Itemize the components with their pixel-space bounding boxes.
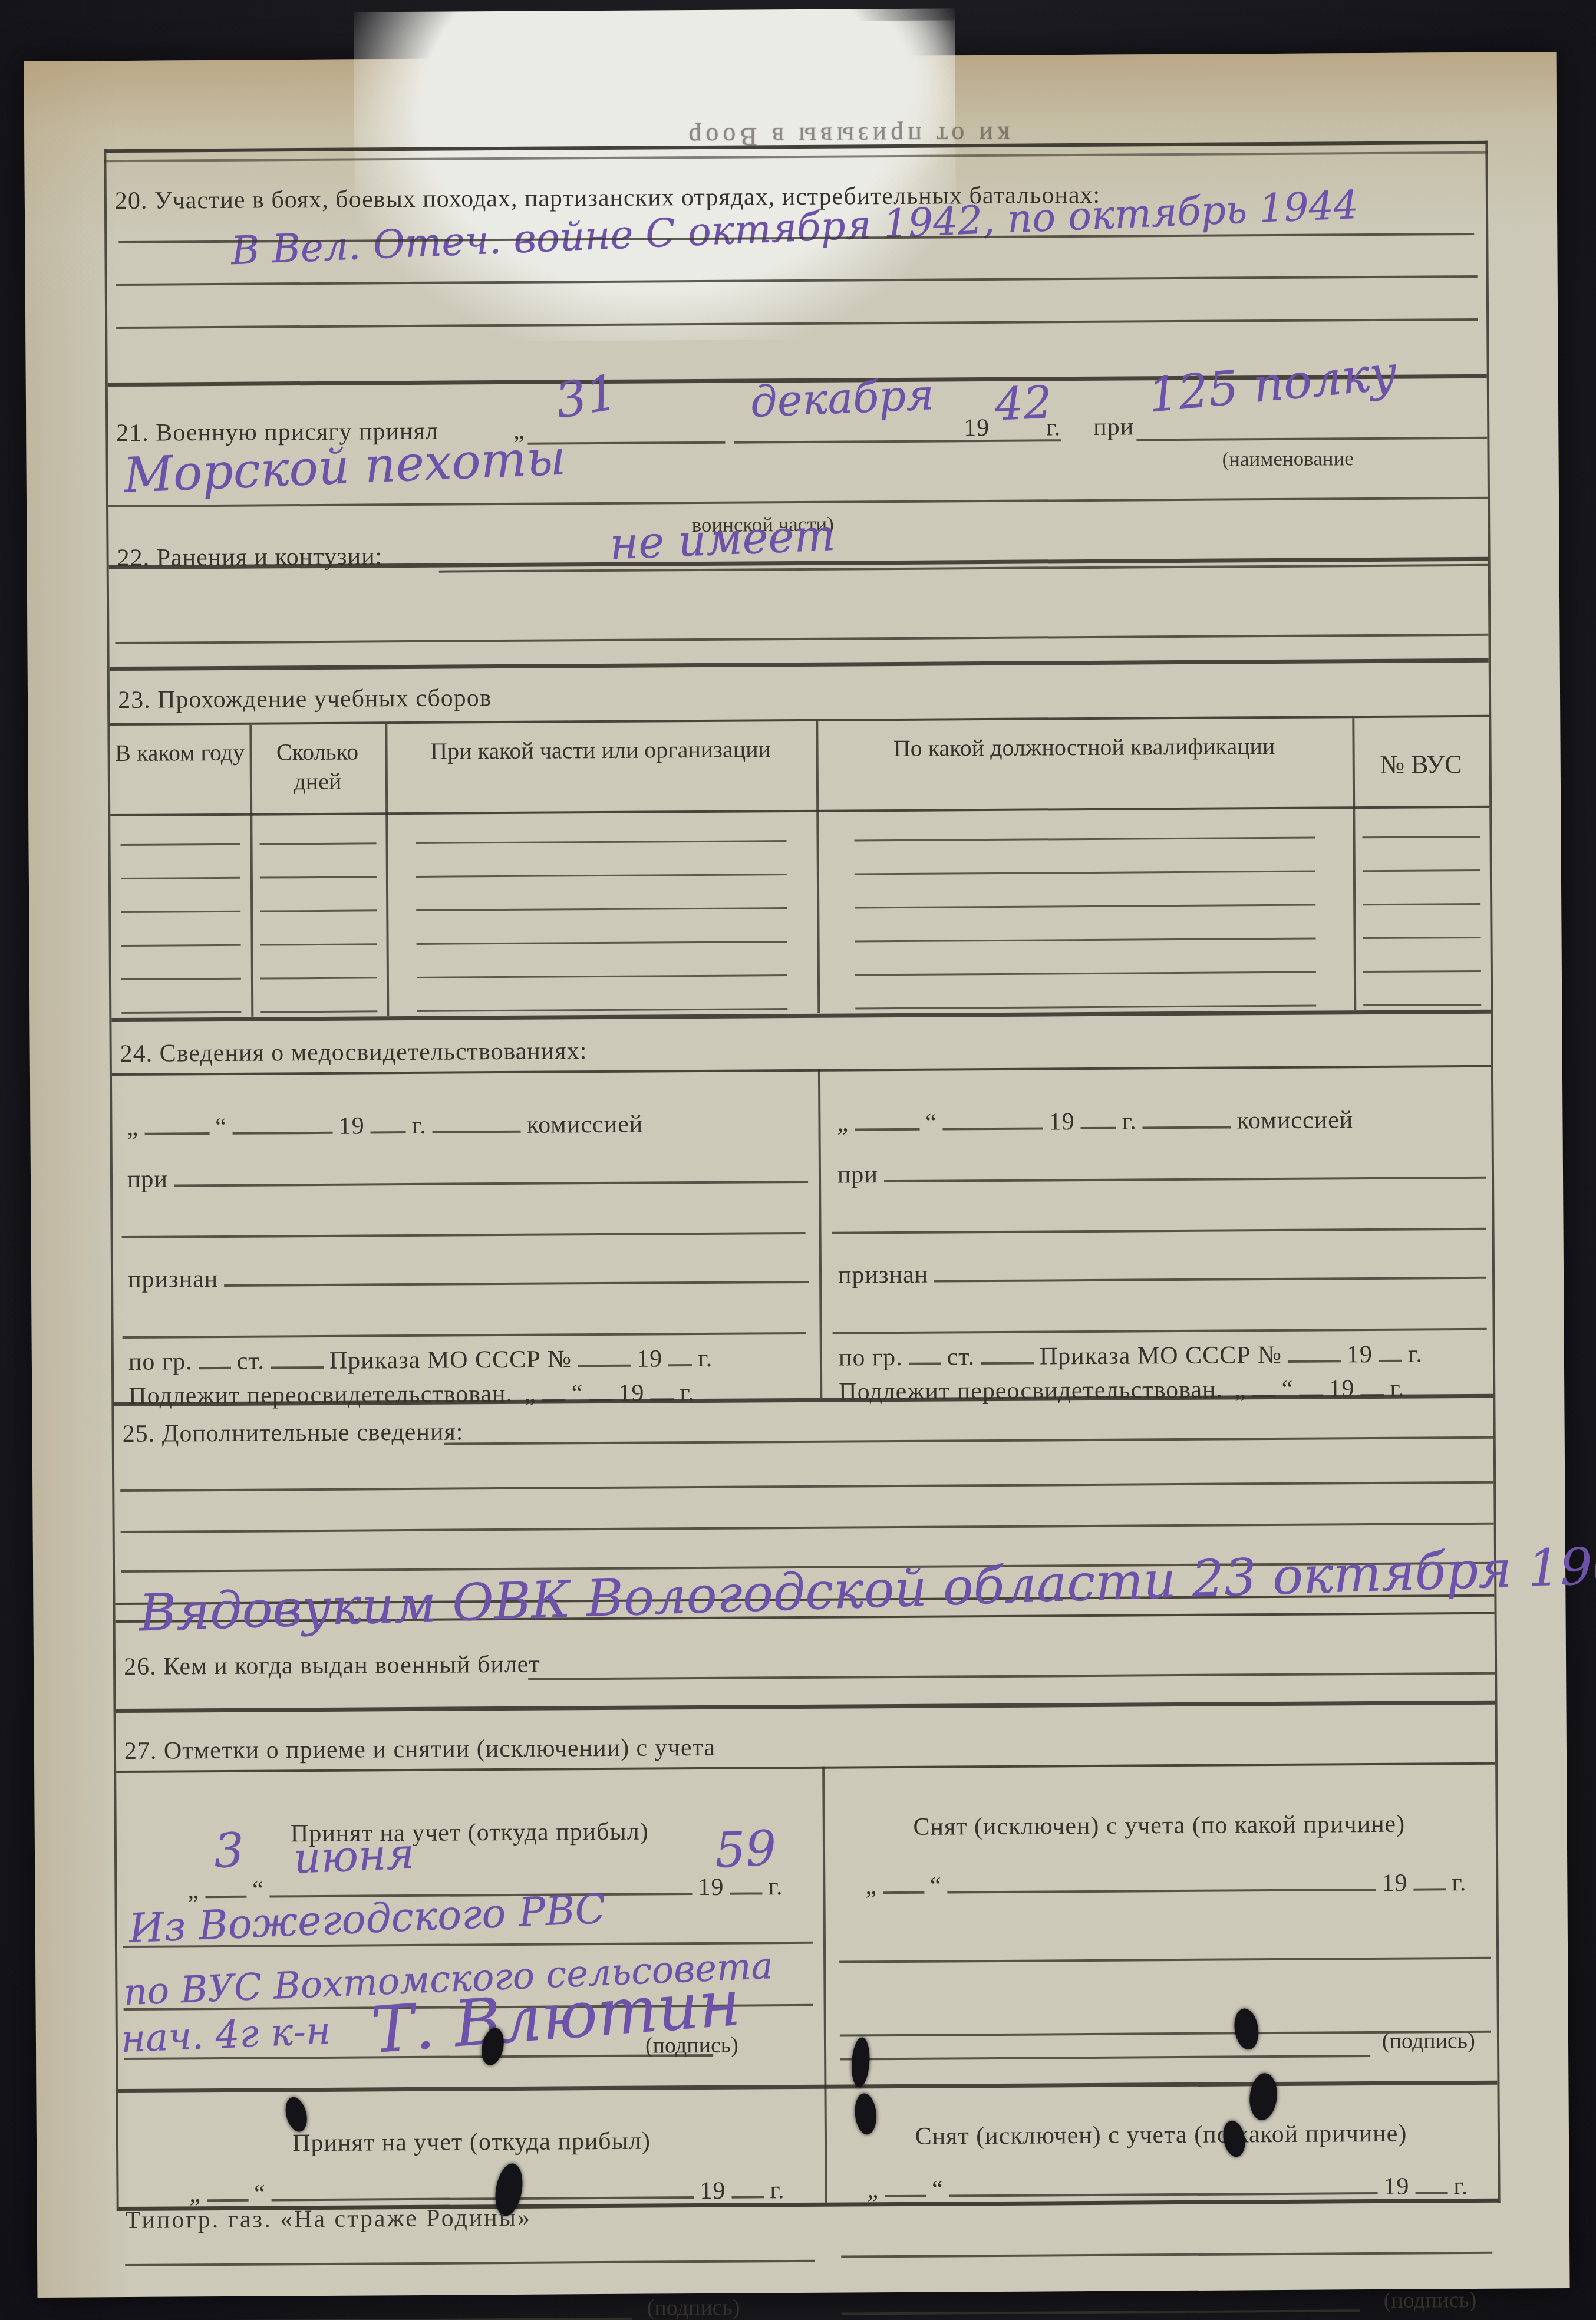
rule-line	[833, 1328, 1487, 1334]
pri-label: при	[1093, 413, 1134, 441]
section-22-title: 22. Ранения и контузии:	[117, 542, 382, 572]
rule-line	[841, 2252, 1492, 2258]
wounds-entry: не имеет	[609, 510, 836, 570]
rule-line	[122, 1232, 806, 1238]
med-divider	[818, 1069, 822, 1398]
removed-header: Снят (исключен) с учета (по какой причин…	[823, 1810, 1496, 1842]
section-26-entry: Вядовуким ОВК Вологодской области 23 окт…	[138, 1535, 1596, 1643]
podpis-label: (подпись)	[1384, 2287, 1477, 2314]
oath-month: декабря	[749, 370, 935, 427]
med-order-row-2: по гр.ст.Приказа МО СССР №19г.	[833, 1340, 1487, 1372]
med-priznan-row: признан	[122, 1261, 809, 1294]
rule-line	[125, 2260, 815, 2266]
removed-date-row-2: „“19г.	[861, 2172, 1474, 2204]
rule-line	[840, 2055, 1370, 2060]
year-suffix: г.	[1046, 413, 1061, 441]
table-body	[110, 808, 1491, 1018]
oath-year: 42	[994, 376, 1053, 431]
scanned-military-document: ки от призывы в Воор 20. Участие в боях,…	[0, 0, 1596, 2320]
col-header-qualification: По какой должностной квалификации	[816, 718, 1353, 810]
section-24-title: 24. Сведения о медосвидетельствованиях:	[120, 1037, 588, 1068]
med-priznan-row-2: признан	[832, 1257, 1486, 1290]
rule-line	[832, 1228, 1486, 1234]
paper-hole	[1232, 2007, 1261, 2051]
rule-line	[120, 1481, 1493, 1492]
med-commission-row: „“19г.комиссией	[121, 1109, 807, 1142]
reg-row-separator	[118, 2081, 1497, 2093]
podpis-label: (подпись)	[647, 2295, 740, 2320]
oath-unit: 125 полку	[1146, 345, 1399, 423]
podpis-label: (подпись)	[1382, 2028, 1475, 2054]
col-header-year: В каком году	[110, 725, 250, 814]
unit-line	[1136, 437, 1487, 441]
paper-hole	[282, 2095, 311, 2134]
removed-header-2: Снят (исключен) с учета (по какой причин…	[825, 2119, 1498, 2151]
pri-label: при	[127, 1165, 168, 1194]
section-26-title: 26. Кем и когда выдан военный билет	[124, 1650, 540, 1681]
med-commission-row-2: „“19г.комиссией	[831, 1105, 1485, 1138]
hint-naimenovanie: (наименование	[1222, 447, 1353, 471]
oath-day: 31	[552, 364, 621, 430]
printer-note: Типогр. газ. «На страже Родины»	[126, 2204, 532, 2235]
rule-line	[116, 275, 1478, 286]
accepted-year: 59	[714, 1820, 777, 1879]
accepted-month: июня	[292, 1828, 415, 1883]
year-prefix: 19	[964, 414, 990, 442]
accepted-day: 3	[213, 1823, 245, 1879]
document-page: ки от призывы в Воор 20. Участие в боях,…	[24, 52, 1569, 2298]
col-header-days: Сколько дней	[249, 724, 385, 813]
section-separator	[110, 658, 1489, 671]
section-27-title: 27. Отметки о приеме и снятии (исключени…	[124, 1734, 715, 1765]
rule-line	[528, 1672, 1495, 1680]
accepted-officer: нач. 4г к-н	[120, 2009, 332, 2062]
rule-line	[108, 497, 1488, 508]
rule-line	[842, 2309, 1360, 2315]
rule-line	[444, 1436, 1493, 1445]
commission-label: комиссией	[527, 1110, 644, 1139]
paper-hole	[850, 2036, 871, 2088]
podpis-label: (подпись)	[645, 2032, 738, 2059]
rule-line	[116, 318, 1478, 329]
quote-mark: „	[127, 1113, 139, 1142]
section-separator	[116, 1701, 1495, 1713]
commission-label: комиссией	[1237, 1106, 1354, 1135]
form-frame: 20. Участие в боях, боевых походах, парт…	[104, 141, 1500, 2211]
rule-line	[123, 1332, 806, 1339]
col-header-vus: № ВУС	[1352, 717, 1489, 806]
section-23-title: 23. Прохождение учебных сборов	[118, 684, 492, 714]
priznan-label: признан	[128, 1265, 218, 1294]
month-line	[734, 439, 1061, 443]
removed-date-row: „“19г.	[859, 1868, 1472, 1900]
rule-line	[126, 2318, 632, 2320]
section-25-title: 25. Дополнительные сведения:	[123, 1418, 464, 1448]
rule-line	[121, 1522, 1494, 1533]
med-pri-row: при	[121, 1161, 808, 1194]
quote-mark: “	[215, 1113, 227, 1141]
med-pri-row-2: при	[832, 1157, 1486, 1189]
table-header-row: В каком году Сколько дней При какой част…	[110, 717, 1489, 814]
paper-hole	[1248, 2072, 1280, 2121]
med-order-row: по гр.ст.Приказа МО СССР №19г.	[123, 1344, 809, 1376]
rule-line	[115, 634, 1488, 644]
col-header-unit: При какой части или организации	[385, 721, 816, 812]
